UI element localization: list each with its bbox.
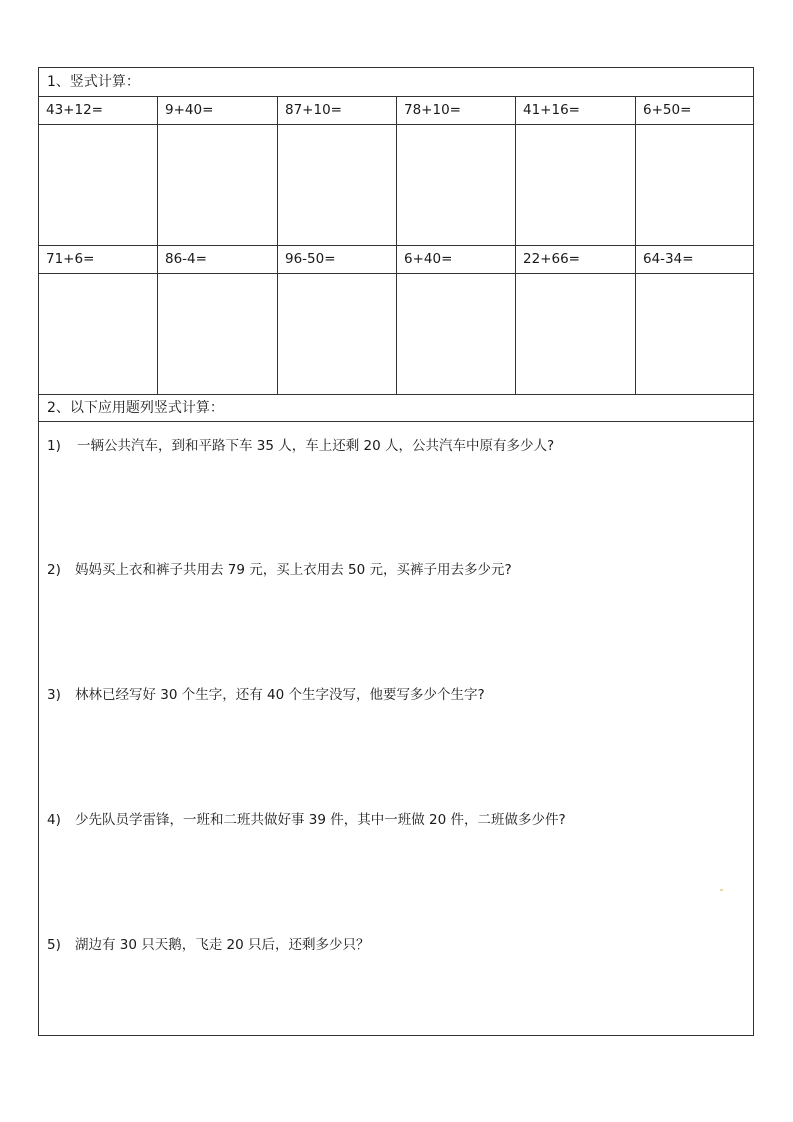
word-problems: 1)一辆公共汽车，到和平路下车 35 人，车上还剩 20 人，公共汽车中原有多少…: [39, 422, 753, 1035]
expression-cell: 6+50=: [636, 97, 753, 124]
expression-cell: 9+40=: [158, 97, 278, 124]
expression-cell: 41+16=: [516, 97, 636, 124]
problem-number: 5): [47, 937, 75, 953]
word-problem-3: 3)林林已经写好 30 个生字，还有 40 个生字没写，他要写多少个生字?: [47, 683, 485, 703]
problem-number: 2): [47, 562, 75, 578]
word-problem-5: 5)湖边有 30 只天鹅，飞走 20 只后，还剩多少只？: [47, 933, 370, 953]
work-space-cell: [158, 125, 278, 245]
work-space-cell: [397, 125, 516, 245]
expression-cell: 96-50=: [278, 246, 397, 273]
work-space-cell: [158, 274, 278, 394]
expression-cell: 43+12=: [39, 97, 158, 124]
work-space-row-2: [39, 274, 753, 395]
problem-text: 林林已经写好 30 个生字，还有 40 个生字没写，他要写多少个生字?: [75, 687, 485, 703]
work-space-cell: [397, 274, 516, 394]
work-space-cell: [636, 125, 753, 245]
work-space-cell: [278, 125, 397, 245]
scan-speck: [720, 889, 723, 891]
expression-row-2: 71+6= 86-4= 96-50= 6+40= 22+66= 64-34=: [39, 246, 753, 274]
expression-cell: 71+6=: [39, 246, 158, 273]
section1-title: 1、竖式计算：: [39, 68, 753, 97]
work-space-cell: [516, 274, 636, 394]
expression-cell: 87+10=: [278, 97, 397, 124]
word-problem-1: 1)一辆公共汽车，到和平路下车 35 人，车上还剩 20 人，公共汽车中原有多少…: [47, 434, 554, 454]
work-space-row-1: [39, 125, 753, 246]
expression-row-1: 43+12= 9+40= 87+10= 78+10= 41+16= 6+50=: [39, 97, 753, 125]
word-problem-4: 4)少先队员学雷锋，一班和二班共做好事 39 件，其中一班做 20 件，二班做多…: [47, 808, 566, 828]
problem-text: 湖边有 30 只天鹅，飞走 20 只后，还剩多少只？: [75, 937, 370, 953]
worksheet-table: 1、竖式计算： 43+12= 9+40= 87+10= 78+10= 41+16…: [38, 67, 754, 1036]
problem-number: 3): [47, 687, 75, 703]
problem-text: 少先队员学雷锋，一班和二班共做好事 39 件，其中一班做 20 件，二班做多少件…: [75, 812, 566, 828]
problem-text: 一辆公共汽车，到和平路下车 35 人，车上还剩 20 人，公共汽车中原有多少人?: [77, 438, 554, 454]
expression-cell: 64-34=: [636, 246, 753, 273]
work-space-cell: [39, 125, 158, 245]
work-space-cell: [516, 125, 636, 245]
problem-text: 妈妈买上衣和裤子共用去 79 元，买上衣用去 50 元，买裤子用去多少元?: [75, 562, 512, 578]
problem-number: 4): [47, 812, 75, 828]
expression-cell: 6+40=: [397, 246, 516, 273]
work-space-cell: [636, 274, 753, 394]
work-space-cell: [39, 274, 158, 394]
expression-cell: 78+10=: [397, 97, 516, 124]
word-problem-2: 2)妈妈买上衣和裤子共用去 79 元，买上衣用去 50 元，买裤子用去多少元?: [47, 558, 512, 578]
section2-title: 2、以下应用题列竖式计算：: [39, 395, 753, 422]
expression-cell: 86-4=: [158, 246, 278, 273]
work-space-cell: [278, 274, 397, 394]
expression-cell: 22+66=: [516, 246, 636, 273]
problem-number: 1): [47, 438, 75, 454]
